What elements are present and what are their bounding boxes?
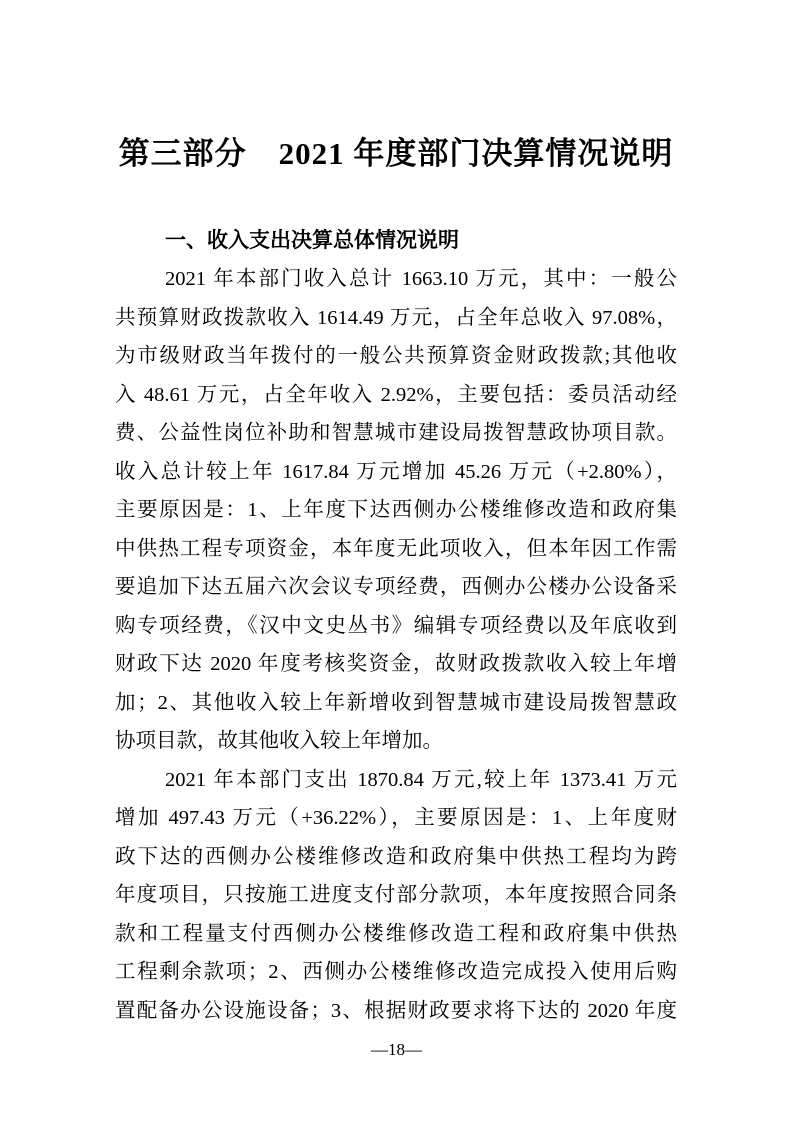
text-line: 主要原因是：1、上年度下达西侧办公楼维修改造和政府集	[115, 491, 677, 530]
text-line: 年度项目，只按施工进度支付部分款项，本年度按照合同条	[115, 876, 677, 915]
page-number: —18—	[0, 1038, 793, 1062]
text-line: 2021 年本部门收入总计 1663.10 万元，其中：一般公	[115, 260, 677, 299]
section-heading: 一、收入支出决算总体情况说明	[115, 222, 677, 260]
text-line: 收入总计较上年 1617.84 万元增加 45.26 万元（+2.80%），	[115, 453, 677, 492]
document-title: 第三部分 2021 年度部门决算情况说明	[115, 132, 677, 176]
text-line: 购专项经费，《汉中文史丛书》编辑专项经费以及年底收到	[115, 607, 677, 646]
text-line: 要追加下达五届六次会议专项经费，西侧办公楼办公设备采	[115, 568, 677, 607]
text-line: 费、公益性岗位补助和智慧城市建设局拨智慧政协项目款。	[115, 414, 677, 453]
text-line: 置配备办公设施设备；3、根据财政要求将下达的 2020 年度	[115, 992, 677, 1031]
text-line: 2021 年本部门支出 1870.84 万元,较上年 1373.41 万元	[115, 761, 677, 800]
text-line: 为市级财政当年拨付的一般公共预算资金财政拨款;其他收	[115, 337, 677, 376]
text-line: 增加 497.43 万元（+36.22%），主要原因是：1、上年度财	[115, 799, 677, 838]
text-line: 共预算财政拨款收入 1614.49 万元，占全年总收入 97.08%，	[115, 299, 677, 338]
document-content: 第三部分 2021 年度部门决算情况说明 一、收入支出决算总体情况说明 2021…	[115, 0, 677, 1030]
text-line: 协项目款，故其他收入较上年增加。	[115, 722, 677, 761]
text-line: 中供热工程专项资金，本年度无此项收入，但本年因工作需	[115, 530, 677, 569]
paragraph-income: 2021 年本部门收入总计 1663.10 万元，其中：一般公 共预算财政拨款收…	[115, 260, 677, 761]
text-line: 政下达的西侧办公楼维修改造和政府集中供热工程均为跨	[115, 838, 677, 877]
text-line: 工程剩余款项；2、西侧办公楼维修改造完成投入使用后购	[115, 953, 677, 992]
text-line: 款和工程量支付西侧办公楼维修改造工程和政府集中供热	[115, 915, 677, 954]
text-line: 加；2、其他收入较上年新增收到智慧城市建设局拨智慧政	[115, 684, 677, 723]
document-page: 第三部分 2021 年度部门决算情况说明 一、收入支出决算总体情况说明 2021…	[0, 0, 793, 1122]
text-line: 入 48.61 万元，占全年收入 2.92%，主要包括：委员活动经	[115, 376, 677, 415]
paragraph-expenditure: 2021 年本部门支出 1870.84 万元,较上年 1373.41 万元 增加…	[115, 761, 677, 1031]
text-line: 财政下达 2020 年度考核奖资金，故财政拨款收入较上年增	[115, 645, 677, 684]
